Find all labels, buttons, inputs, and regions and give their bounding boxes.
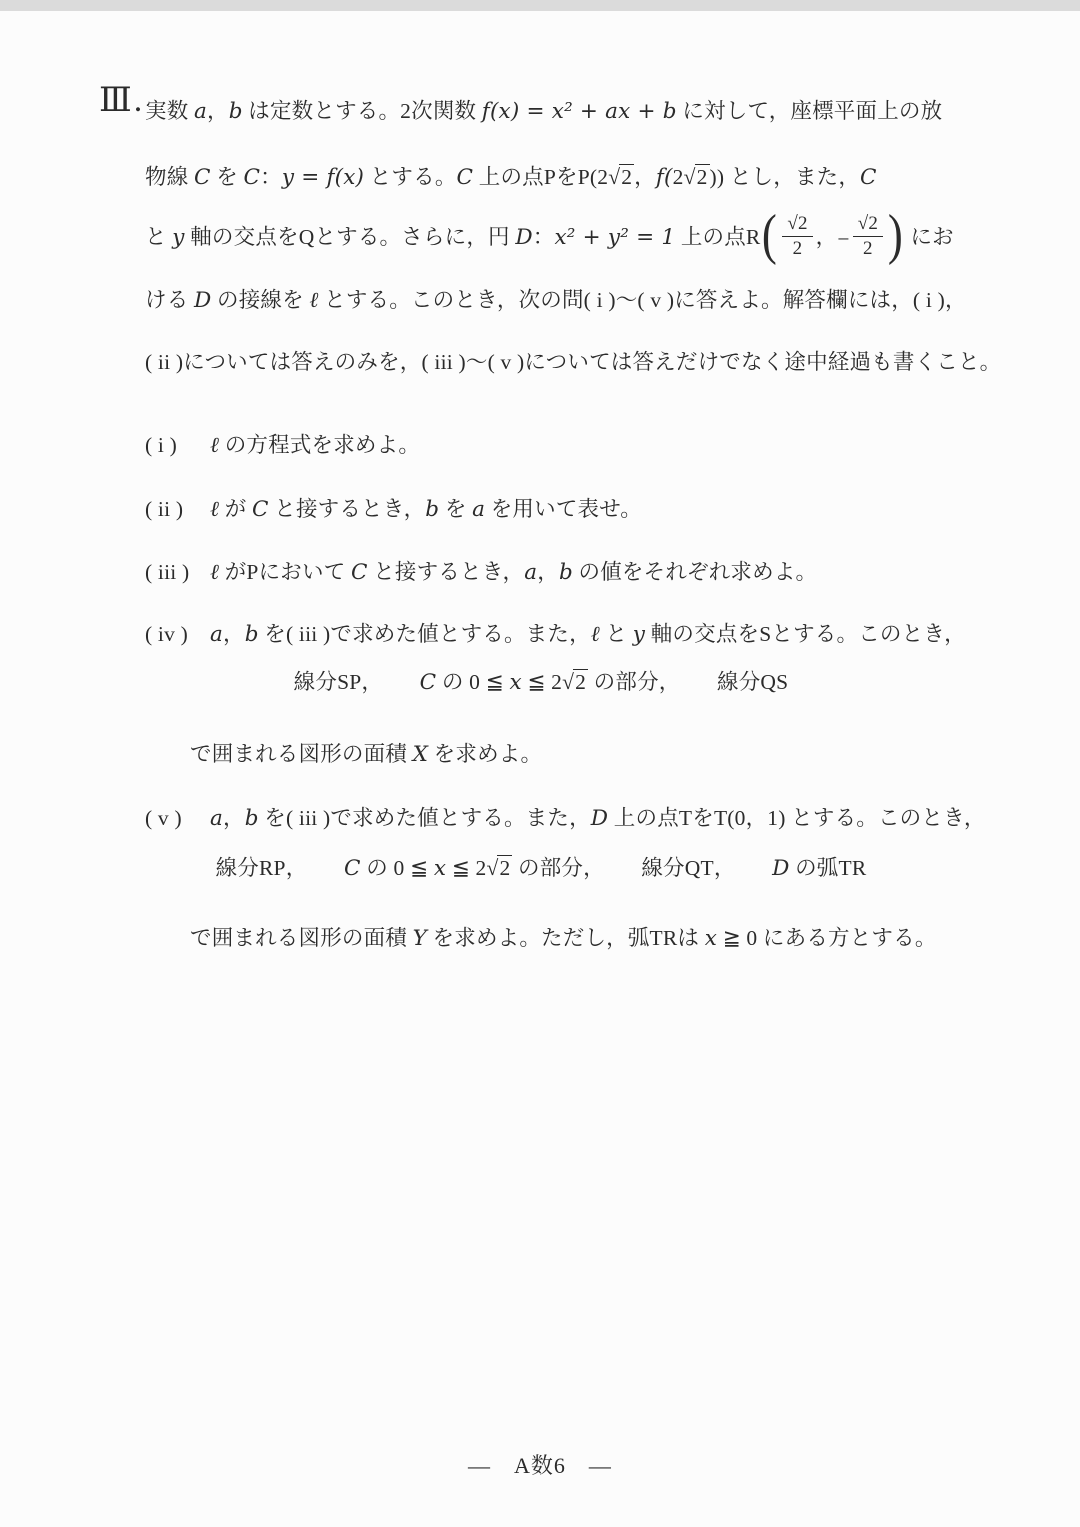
math-formula: y = f(x)	[282, 165, 364, 190]
text-segment: の	[436, 670, 469, 694]
exam-page: Ⅲ. 実数 a，b は定数とする。2次関数 f(x) = x² + ax + b…	[0, 0, 1080, 1527]
question-label: ( iii )	[145, 560, 210, 585]
text-segment: で囲まれる図形の面積	[190, 926, 413, 950]
text-segment: ，	[223, 622, 245, 646]
math-variable: x	[509, 670, 521, 695]
intro-line-5: ( ii )については答えのみを，( iii )～( v )については答えだけで…	[145, 345, 1001, 376]
math-expression: 0 ≦	[393, 856, 433, 880]
text-segment: 上の点TをT(0，1) とする。このとき，	[608, 806, 985, 830]
math-number: 2	[597, 165, 608, 189]
text-segment: ける	[145, 288, 194, 312]
question-v-line-2: 線分RP，C の 0 ≦ x ≦ 2√2 の部分，線分QT，D の弧TR	[145, 850, 937, 887]
text-segment: ，	[207, 99, 229, 123]
question-label: ( i )	[145, 433, 210, 458]
text-segment: が	[219, 497, 252, 521]
text-segment: 線分QS	[717, 670, 788, 694]
text-segment: の値をそれぞれ求めよ。	[573, 560, 817, 584]
math-expression: 0 ≦	[469, 670, 509, 694]
math-variable: C	[252, 497, 269, 522]
question-ii: ( ii )ℓ が C と接するとき，b を a を用いて表せ。	[145, 492, 642, 523]
math-formula: x² + y² = 1	[554, 225, 675, 250]
math-variable: ℓ	[591, 622, 600, 647]
math-variable: C	[344, 856, 361, 881]
math-variable: ℓ	[309, 288, 318, 313]
question-label: ( iv )	[145, 622, 210, 647]
sqrt-radicand: 2	[573, 669, 588, 694]
sqrt-expression: √2	[608, 165, 634, 189]
text-segment: がPにおいて	[219, 560, 351, 584]
problem-number: Ⅲ.	[99, 80, 144, 120]
math-variable: D	[591, 806, 608, 831]
fraction-numerator: √2	[782, 213, 812, 237]
text-segment: の方程式を求めよ。	[219, 433, 420, 457]
math-variable: x	[434, 856, 446, 881]
fraction-numerator: √2	[853, 213, 883, 237]
text-segment: 軸の交点をQとする。さらに，円	[185, 225, 516, 249]
text-segment: ：	[533, 225, 555, 249]
text-segment: にお	[905, 225, 954, 249]
question-iv-line-2: 線分SP，C の 0 ≦ x ≦ 2√2 の部分，線分QS	[145, 664, 937, 701]
question-iii: ( iii )ℓ がPにおいて C と接するとき，a，b の値をそれぞれ求めよ。	[145, 555, 817, 586]
text-segment: は定数とする。2次関数	[243, 99, 482, 123]
text-segment: ≧ 0 にある方とする。	[717, 926, 937, 950]
math-variable: a	[210, 622, 223, 647]
sqrt-sign: √	[858, 213, 869, 234]
text-segment: とする。	[364, 165, 456, 189]
text-segment: とし，また，	[724, 165, 860, 189]
math-expression: ≦ 2	[522, 670, 562, 694]
fraction: √22	[782, 213, 812, 260]
top-border-band	[0, 0, 1080, 11]
text-segment: を	[439, 497, 472, 521]
text-segment: の弧TR	[790, 856, 867, 880]
text-segment: ( ii )については答えのみを，( iii )～( v )については答えだけで…	[145, 350, 1001, 374]
math-variable: C	[351, 560, 368, 585]
text-segment: と	[600, 622, 633, 646]
math-variable: D	[194, 288, 211, 313]
math-variable: b	[245, 622, 259, 647]
math-variable: C	[420, 670, 437, 695]
math-variable: b	[559, 560, 573, 585]
text-segment: ，	[537, 560, 559, 584]
math-variable: a	[210, 806, 223, 831]
math-variable: a	[194, 99, 207, 124]
text-segment: 上の点PをP(	[473, 165, 597, 189]
text-segment: と	[145, 225, 172, 249]
text-segment: と接するとき，	[368, 560, 525, 584]
math-variable: X	[413, 742, 429, 767]
big-paren-open: (	[762, 219, 777, 253]
question-v-line-3: で囲まれる図形の面積 Y を求めよ。ただし，弧TRは x ≧ 0 にある方とする…	[190, 921, 937, 952]
text-segment: 実数	[145, 99, 194, 123]
text-segment: とする。このとき，次の問( i )～( v )に答えよ。解答欄には，( i )，	[319, 288, 967, 312]
text-segment: を求めよ。	[428, 742, 542, 766]
math-expression: ≦ 2	[446, 856, 486, 880]
sqrt-radicand: 2	[619, 164, 634, 189]
math-variable: ℓ	[210, 497, 219, 522]
math-variable: ℓ	[210, 560, 219, 585]
math-variable: D	[515, 225, 532, 250]
text-segment: に対して，座標平面上の放	[677, 99, 943, 123]
text-segment: の部分，	[512, 856, 604, 880]
math-variable: b	[229, 99, 243, 124]
question-label: ( v )	[145, 806, 210, 831]
text-segment: の	[361, 856, 394, 880]
text-segment: を	[211, 165, 244, 189]
sqrt-expression: √2	[562, 670, 588, 694]
sqrt-expression: √2	[486, 856, 512, 880]
math-variable: Y	[413, 926, 427, 951]
text-segment: ，	[223, 806, 245, 830]
sqrt-radicand: 2	[695, 164, 710, 189]
sqrt-expression: √2	[684, 165, 710, 189]
question-label: ( ii )	[145, 497, 210, 522]
sqrt-radicand: 2	[798, 213, 808, 234]
minus-sign: −	[837, 227, 849, 251]
text-segment: 線分QT，	[641, 856, 735, 880]
text-segment: ))	[710, 165, 725, 189]
sqrt-sign: √	[684, 165, 696, 189]
math-variable: b	[425, 497, 439, 522]
math-variable: x	[705, 926, 717, 951]
intro-line-1: 実数 a，b は定数とする。2次関数 f(x) = x² + ax + b に対…	[145, 94, 942, 125]
text-segment: ：	[260, 165, 282, 189]
math-formula: f(x) = x² + ax + b	[482, 99, 677, 124]
question-i: ( i )ℓ の方程式を求めよ。	[145, 428, 420, 459]
math-variable: C	[457, 165, 474, 190]
text-segment: 線分RP，	[216, 856, 308, 880]
text-segment: ，	[816, 225, 838, 249]
math-variable: C	[244, 165, 261, 190]
math-variable: ℓ	[210, 433, 219, 458]
math-variable: D	[772, 856, 789, 881]
text-segment: を( iii )で求めた値とする。また，	[259, 622, 591, 646]
math-variable: a	[472, 497, 485, 522]
text-segment: の部分，	[588, 670, 680, 694]
text-segment: の接線を	[211, 288, 309, 312]
text-segment: を( iii )で求めた値とする。また，	[259, 806, 591, 830]
text-segment: ，	[634, 165, 656, 189]
sqrt-radicand: 2	[868, 213, 878, 234]
math-variable: y	[633, 622, 645, 647]
page-number-footer: — A数6 —	[0, 1449, 1080, 1480]
intro-line-4: ける D の接線を ℓ とする。このとき，次の問( i )～( v )に答えよ。…	[145, 283, 967, 314]
sqrt-radicand: 2	[497, 855, 512, 880]
text-segment: と接するとき，	[269, 497, 426, 521]
text-segment: を用いて表せ。	[485, 497, 642, 521]
text-segment: 物線	[145, 165, 194, 189]
math-variable: y	[172, 225, 184, 250]
text-segment: で囲まれる図形の面積	[190, 742, 413, 766]
fraction-denominator: 2	[853, 237, 883, 260]
question-iv-line-3: で囲まれる図形の面積 X を求めよ。	[190, 737, 542, 768]
math-number: 2	[673, 165, 684, 189]
intro-line-3: と y 軸の交点をQとする。さらに，円 D：x² + y² = 1 上の点R(√…	[145, 201, 954, 275]
question-v-line-1: ( v )a，b を( iii )で求めた値とする。また，D 上の点TをT(0，…	[145, 801, 986, 832]
sqrt-sign: √	[787, 213, 798, 234]
text-segment: を求めよ。ただし，弧TRは	[427, 926, 705, 950]
text-segment: 軸の交点をSとする。このとき，	[645, 622, 966, 646]
big-paren-close: )	[888, 219, 903, 253]
math-formula: f(	[656, 165, 673, 190]
fraction: √22	[853, 213, 883, 260]
question-iv-line-1: ( iv )a，b を( iii )で求めた値とする。また，ℓ と y 軸の交点…	[145, 617, 966, 648]
math-variable: a	[524, 560, 537, 585]
text-segment: 上の点R	[675, 225, 760, 249]
intro-line-2: 物線 C を C：y = f(x) とする。C 上の点PをP(2√2，f(2√2…	[145, 160, 877, 191]
text-segment: 線分SP，	[294, 670, 383, 694]
math-variable: C	[194, 165, 211, 190]
fraction-denominator: 2	[782, 237, 812, 260]
math-variable: b	[245, 806, 259, 831]
math-variable: C	[860, 165, 877, 190]
